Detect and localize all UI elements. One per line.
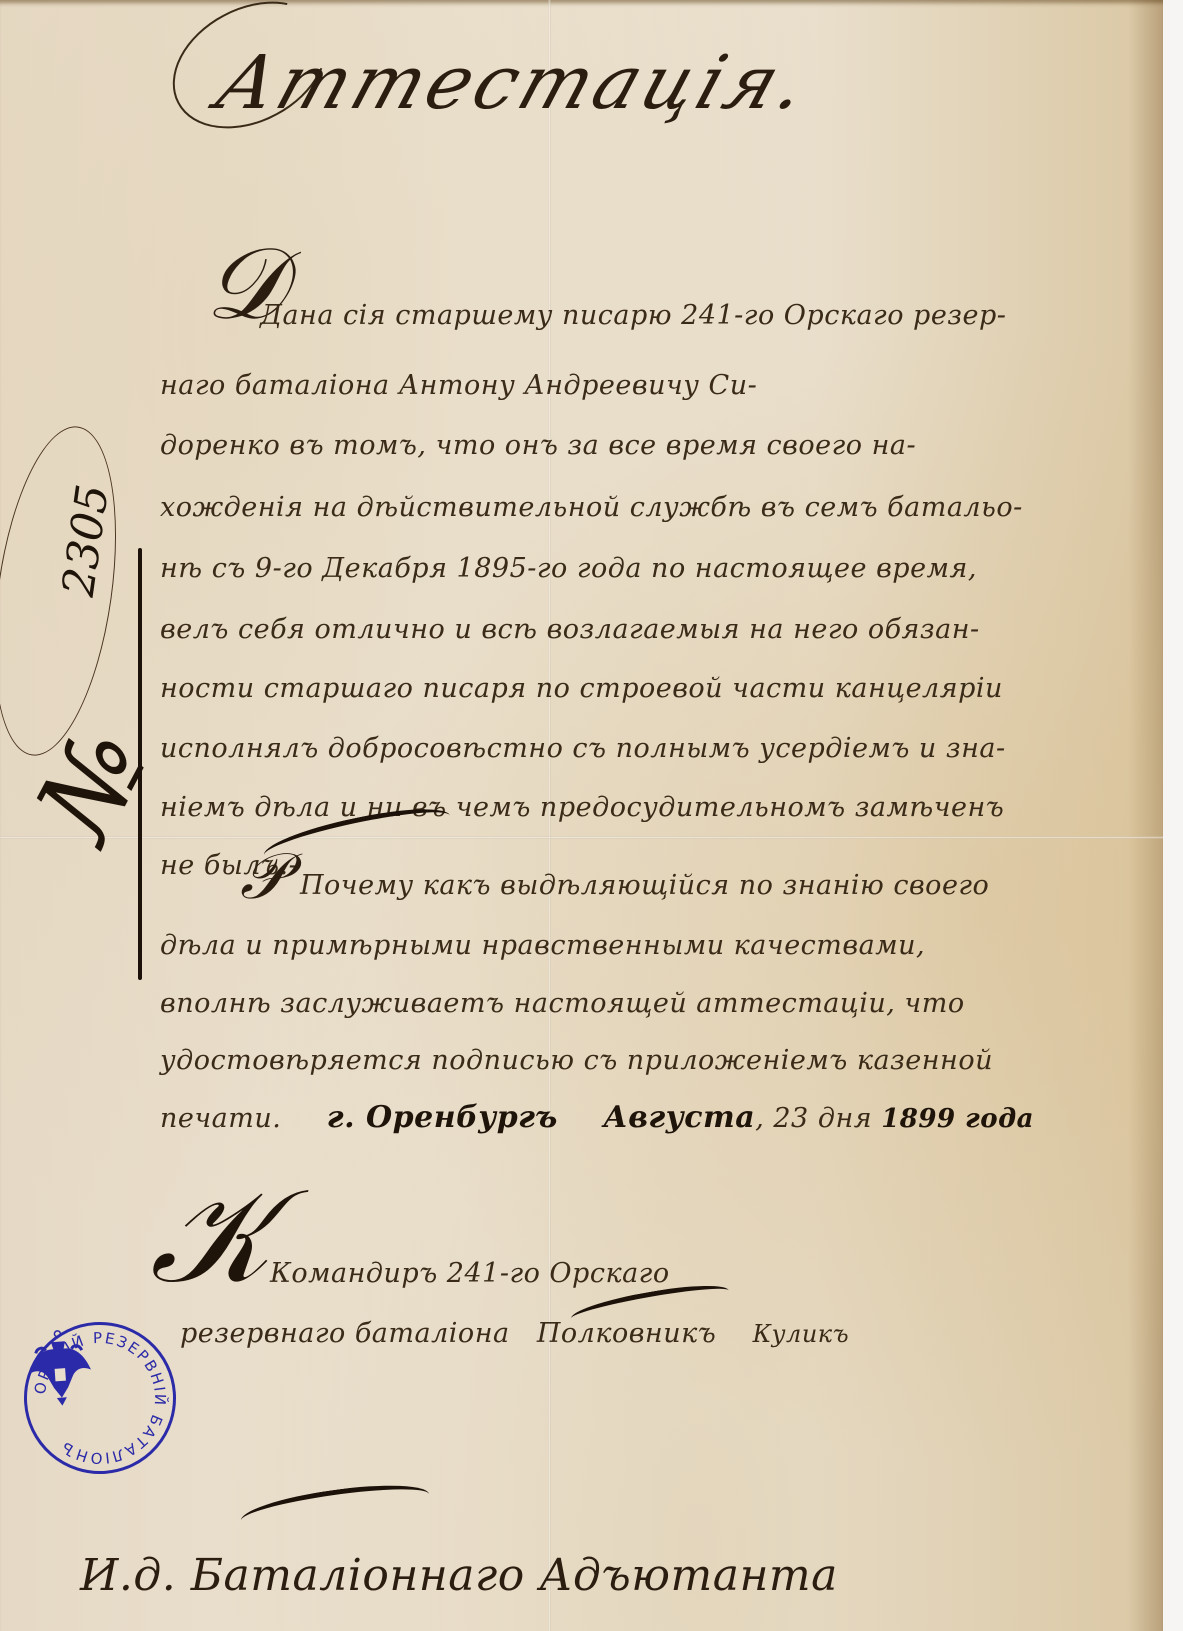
conclusion-text: удостовѣряется подписью съ приложеніемъ … (160, 1045, 993, 1076)
body-text: ніемъ дѣла и ни въ чемъ предосудительном… (160, 792, 1004, 823)
date-day-word: дня (818, 1103, 872, 1134)
body-line-4: хожденія на дѣйствительной службѣ въ сем… (160, 492, 1023, 523)
document-title: Аттестація. (206, 40, 822, 126)
body-line-3: доренко въ томъ, что онъ за все время св… (160, 430, 916, 461)
battalion-seal-stamp: ОРСКІЙ РЕЗЕРВНІЙ БАТАЛІОНЪ (19, 1317, 181, 1479)
body-text: ности старшаго писаря по строевой части … (160, 673, 1003, 704)
body-text: исполнялъ добросовѣстно съ полнымъ усерд… (160, 733, 1006, 764)
commander-rank: Полковникъ (537, 1318, 716, 1349)
place-name: г. Оренбургъ (327, 1100, 558, 1135)
adjutant-line: И.д. Баталіоннаго Адъютанта (80, 1550, 838, 1601)
body-line-5: нѣ съ 9-го Декабря 1895-го года по насто… (160, 553, 977, 584)
place-date-line: печати. г. Оренбургъ Августа, 23 дня 189… (160, 1100, 1034, 1135)
date-day: 23 (773, 1103, 808, 1134)
commander-title: Командиръ 241-го Орскаго (270, 1258, 670, 1289)
commander-line-2: резервнаго баталіона Полковникъ Куликъ (180, 1318, 849, 1349)
double-headed-eagle-icon (22, 1325, 97, 1410)
body-text: наго баталіона Антону Андреевичу Си- (160, 370, 757, 401)
conclusion-text: вполнѣ заслуживаетъ настоящей аттестаціи… (160, 988, 965, 1019)
conclusion-line-3: вполнѣ заслуживаетъ настоящей аттестаціи… (160, 988, 965, 1019)
conclusion-line-4: удостовѣряется подписью съ приложеніемъ … (160, 1045, 993, 1076)
body-line-8: исполнялъ добросовѣстно съ полнымъ усерд… (160, 733, 1006, 764)
body-text: нѣ съ 9-го Декабря 1895-го года по насто… (160, 553, 977, 584)
body-line-9: ніемъ дѣла и ни въ чемъ предосудительном… (160, 792, 1004, 823)
commander-line-1: Командиръ 241-го Орскаго (270, 1258, 670, 1289)
conclusion-text: печати. (160, 1103, 281, 1134)
conclusion-line-1: Почему какъ выдѣляющійся по знанію своег… (300, 870, 989, 901)
body-line-2: наго баталіона Антону Андреевичу Си- (160, 370, 757, 401)
body-text: велъ себя отлично и всѣ возлагаемыя на н… (160, 614, 980, 645)
date-month: Августа (603, 1100, 755, 1135)
margin-rule (138, 548, 142, 980)
body-text: Дана сія старшему писарю 241-го Орскаго … (260, 300, 1006, 331)
conclusion-text: дѣла и примѣрными нравственными качества… (160, 930, 925, 961)
body-text: доренко въ томъ, что онъ за все время св… (160, 430, 916, 461)
scan-margin (1163, 0, 1183, 1631)
drop-cap-k: 𝒦 (150, 1160, 271, 1314)
body-line-1: Дана сія старшему писарю 241-го Орскаго … (260, 300, 1006, 331)
body-line-6: велъ себя отлично и всѣ возлагаемыя на н… (160, 614, 980, 645)
body-line-7: ности старшаго писаря по строевой части … (160, 673, 1003, 704)
commander-signature: Куликъ (753, 1320, 850, 1348)
date-year: 1899 года (881, 1104, 1034, 1134)
adjutant-title: И.д. Баталіоннаго Адъютанта (80, 1550, 838, 1601)
conclusion-text: Почему какъ выдѣляющійся по знанію своег… (300, 870, 989, 901)
horizontal-fold-crease (0, 836, 1163, 839)
battalion-name: резервнаго баталіона (180, 1318, 510, 1349)
conclusion-line-2: дѣла и примѣрными нравственными качества… (160, 930, 925, 961)
drop-cap-p: 𝒫 (240, 840, 286, 914)
body-text: хожденія на дѣйствительной службѣ въ сем… (160, 492, 1023, 523)
